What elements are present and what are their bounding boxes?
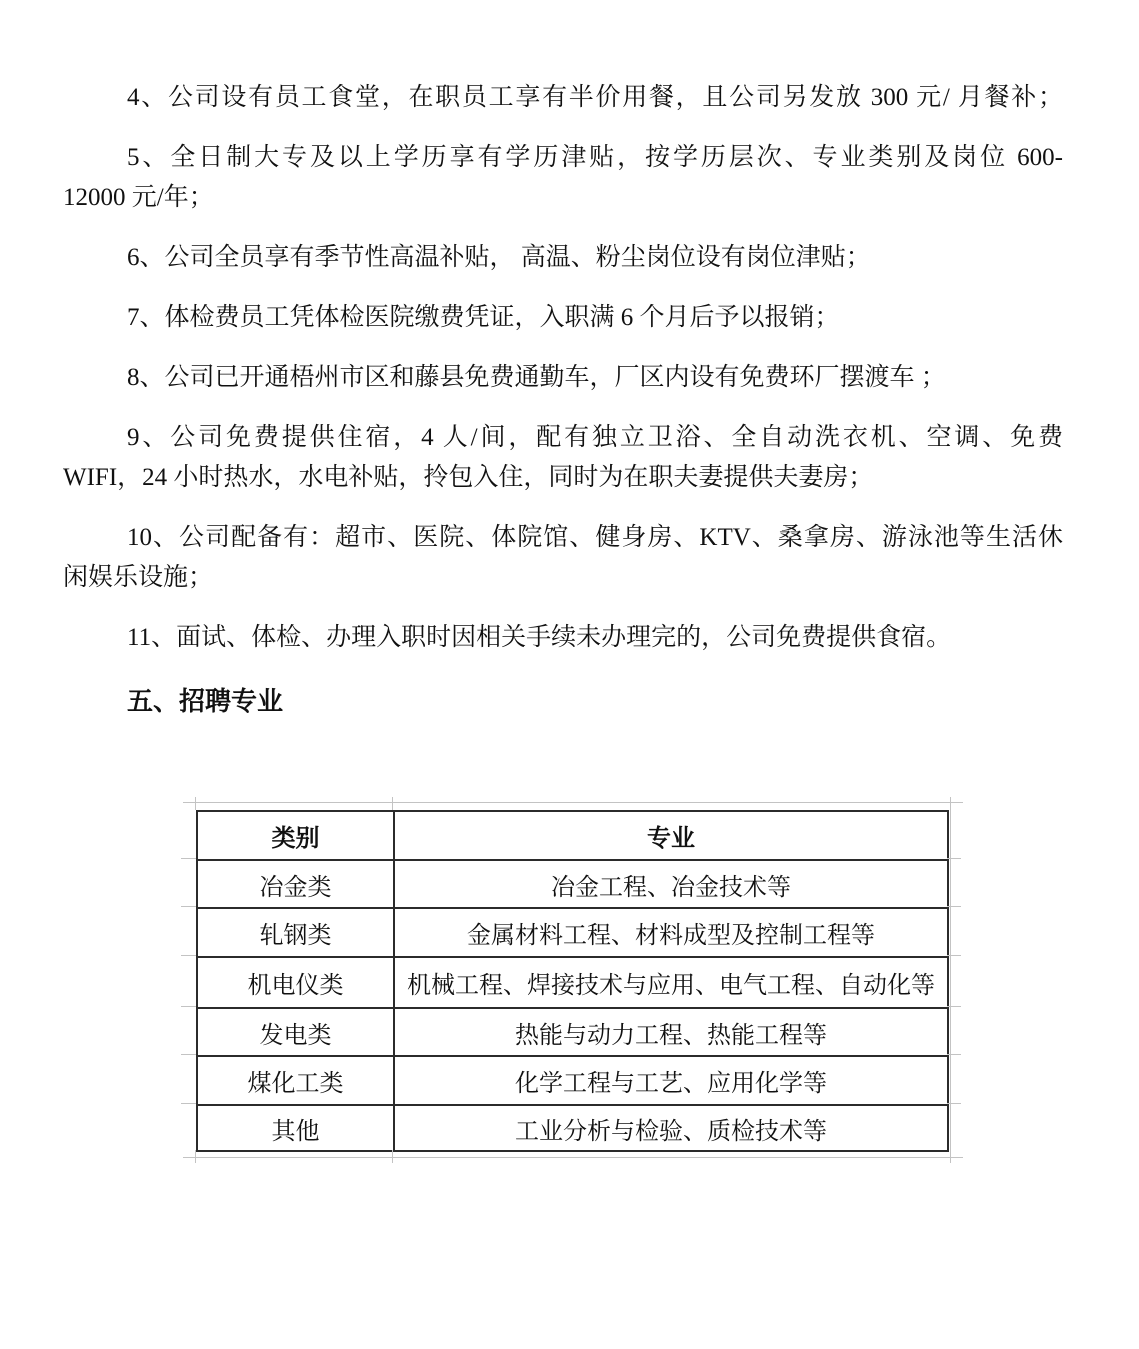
table-row: 冶金类 冶金工程、冶金技术等 (197, 860, 948, 908)
benefit-item-8-line-1: 8、公司已开通梧州市区和藤县免费通勤车，厂区内设有免费环厂摆渡车 ； (63, 358, 1063, 398)
gridline-artifact-stub (392, 797, 393, 810)
table-header-category: 类别 (197, 811, 394, 860)
document-content: 4、公司设有员工食堂，在职员工享有半价用餐，且公司另发放 300 元/ 月餐补；… (0, 0, 1139, 1152)
table-cell-majors: 热能与动力工程、热能工程等 (394, 1008, 948, 1056)
benefit-item-9-line-2: WIFI，24 小时热水，水电补贴，拎包入住，同时为在职夫妻提供夫妻房； (63, 458, 1063, 498)
table-cell-majors: 工业分析与检验、质检技术等 (394, 1105, 948, 1151)
gridline-artifact-stub (181, 1103, 196, 1104)
benefit-item-7: 7、体检费员工凭体检医院缴费凭证，入职满 6 个月后予以报销； (63, 298, 1063, 338)
table-cell-majors: 机械工程、焊接技术与应用、电气工程、自动化等 (394, 957, 948, 1008)
table-cell-majors: 化学工程与工艺、应用化学等 (394, 1056, 948, 1105)
gridline-artifact-stub (947, 955, 961, 956)
gridline-artifact-stub (181, 1006, 196, 1007)
table-row: 轧钢类 金属材料工程、材料成型及控制工程等 (197, 908, 948, 957)
section-heading: 五、招聘专业 (63, 682, 1063, 722)
majors-table-region: 类别 专业 冶金类 冶金工程、冶金技术等 轧钢类 金属材料工程、材料成型及控制工… (196, 810, 947, 1152)
gridline-artifact-stub (947, 1006, 961, 1007)
gridline-artifact-stub (181, 1054, 196, 1055)
gridline-artifact-stub (947, 858, 961, 859)
table-header-row: 类别 专业 (197, 811, 948, 860)
benefit-item-6: 6、公司全员享有季节性高温补贴， 高温、粉尘岗位设有岗位津贴； (63, 238, 1063, 278)
gridline-artifact-bottom (183, 1157, 963, 1158)
benefit-item-10: 10、公司配备有：超市、医院、体院馆、健身房、KTV、桑拿房、游泳池等生活休 闲… (63, 518, 1063, 598)
table-cell-category: 轧钢类 (197, 908, 394, 957)
gridline-artifact-stub (181, 906, 196, 907)
benefit-item-11-line-1: 11、面试、体检、办理入职时因相关手续未办理完的，公司免费提供食宿。 (63, 618, 1063, 658)
benefit-item-8: 8、公司已开通梧州市区和藤县免费通勤车，厂区内设有免费环厂摆渡车 ； (63, 358, 1063, 398)
table-header-majors: 专业 (394, 811, 948, 860)
benefit-item-5-line-2: 12000 元/年； (63, 178, 1063, 218)
benefit-item-6-line-1: 6、公司全员享有季节性高温补贴， 高温、粉尘岗位设有岗位津贴； (63, 238, 1063, 278)
gridline-artifact-stub (195, 797, 196, 810)
table-cell-category: 煤化工类 (197, 1056, 394, 1105)
document-page: 4、公司设有员工食堂，在职员工享有半价用餐，且公司另发放 300 元/ 月餐补；… (0, 0, 1139, 1349)
benefit-item-5: 5、全日制大专及以上学历享有学历津贴，按学历层次、专业类别及岗位 600- 12… (63, 138, 1063, 218)
table-row: 发电类 热能与动力工程、热能工程等 (197, 1008, 948, 1056)
benefit-item-9: 9、公司免费提供住宿，4 人/间，配有独立卫浴、全自动洗衣机、空调、免费 WIF… (63, 418, 1063, 498)
table-cell-majors: 金属材料工程、材料成型及控制工程等 (394, 908, 948, 957)
benefit-item-10-line-1: 10、公司配备有：超市、医院、体院馆、健身房、KTV、桑拿房、游泳池等生活休 (63, 518, 1063, 558)
benefit-item-4-line-1: 4、公司设有员工食堂，在职员工享有半价用餐，且公司另发放 300 元/ 月餐补； (63, 78, 1063, 118)
benefit-item-10-line-2: 闲娱乐设施； (63, 558, 1063, 598)
benefit-item-7-line-1: 7、体检费员工凭体检医院缴费凭证，入职满 6 个月后予以报销； (63, 298, 1063, 338)
gridline-artifact-stub (947, 1054, 961, 1055)
benefit-item-11: 11、面试、体检、办理入职时因相关手续未办理完的，公司免费提供食宿。 (63, 618, 1063, 658)
benefit-item-5-line-1: 5、全日制大专及以上学历享有学历津贴，按学历层次、专业类别及岗位 600- (63, 138, 1063, 178)
gridline-artifact-top (183, 802, 963, 803)
benefit-item-4: 4、公司设有员工食堂，在职员工享有半价用餐，且公司另发放 300 元/ 月餐补； (63, 78, 1063, 118)
gridline-artifact-stub (392, 1150, 393, 1163)
table-cell-category: 发电类 (197, 1008, 394, 1056)
table-row: 其他 工业分析与检验、质检技术等 (197, 1105, 948, 1151)
table-row: 煤化工类 化学工程与工艺、应用化学等 (197, 1056, 948, 1105)
table-cell-category: 冶金类 (197, 860, 394, 908)
table-row: 机电仪类 机械工程、焊接技术与应用、电气工程、自动化等 (197, 957, 948, 1008)
gridline-artifact-stub (181, 858, 196, 859)
table-cell-category: 其他 (197, 1105, 394, 1151)
majors-table: 类别 专业 冶金类 冶金工程、冶金技术等 轧钢类 金属材料工程、材料成型及控制工… (196, 810, 949, 1152)
gridline-artifact-stub (195, 1150, 196, 1163)
gridline-artifact-stub (181, 955, 196, 956)
gridline-artifact-right (950, 797, 951, 1163)
gridline-artifact-stub (947, 1103, 961, 1104)
benefit-item-9-line-1: 9、公司免费提供住宿，4 人/间，配有独立卫浴、全自动洗衣机、空调、免费 (63, 418, 1063, 458)
gridline-artifact-stub (947, 906, 961, 907)
table-cell-category: 机电仪类 (197, 957, 394, 1008)
table-cell-majors: 冶金工程、冶金技术等 (394, 860, 948, 908)
